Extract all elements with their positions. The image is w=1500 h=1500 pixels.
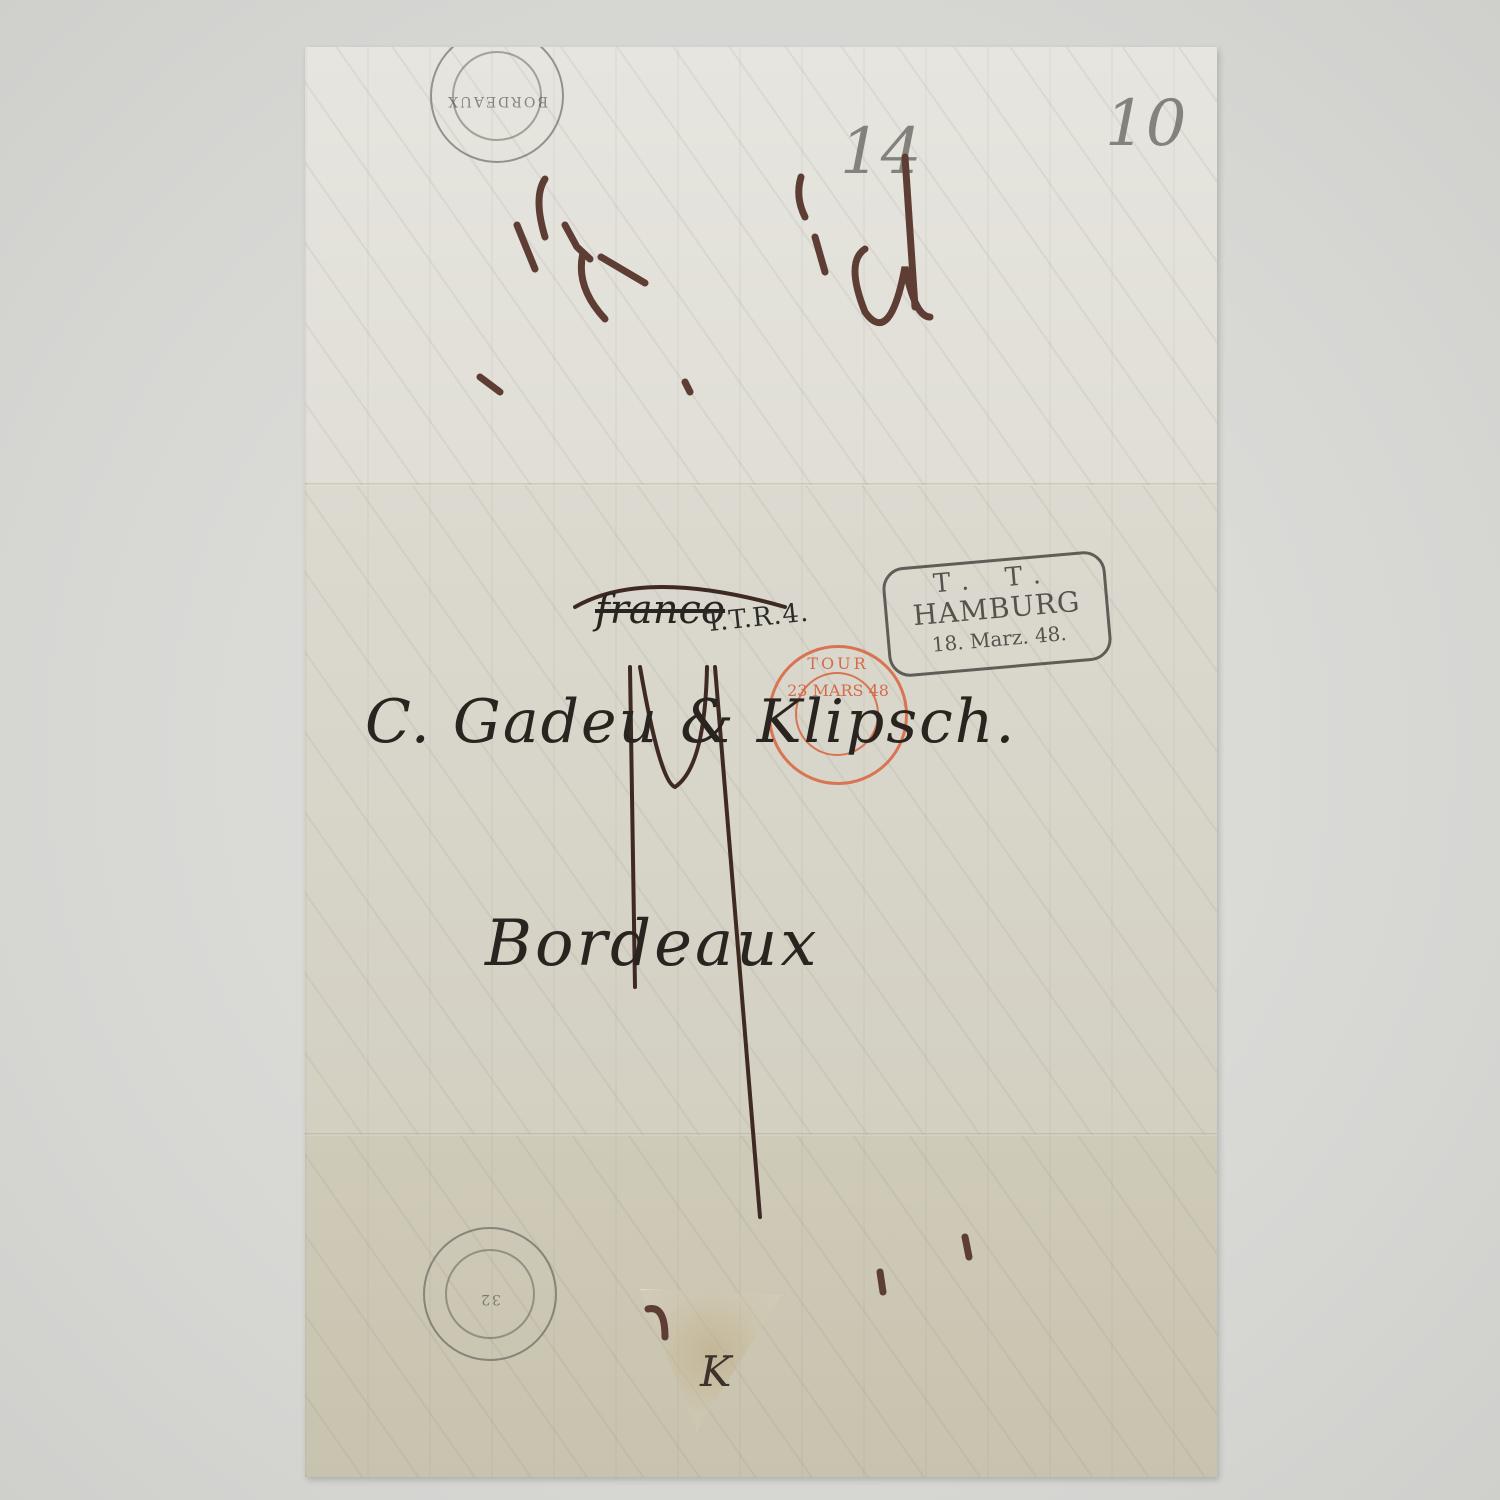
bottom-ink-marks bbox=[305, 47, 1217, 1477]
letter-cover: BORDEAUX 14 10 franco T.T.R.4. bbox=[305, 47, 1217, 1477]
